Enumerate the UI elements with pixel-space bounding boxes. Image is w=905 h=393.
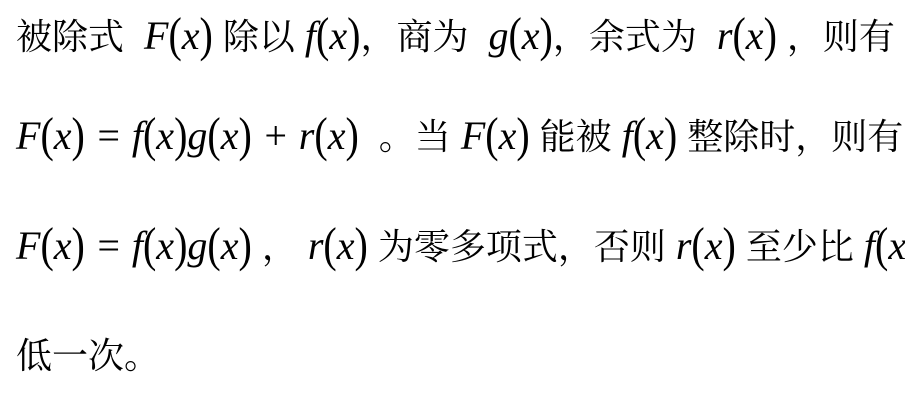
stretched-paren-glyph: (	[168, 1, 181, 69]
stretched-paren-glyph: )	[72, 211, 85, 279]
stretched-paren-glyph: )	[238, 101, 251, 169]
cjk-text-run: ，余式为	[553, 16, 717, 57]
stretched-paren-glyph: )	[345, 101, 358, 169]
math-expression: f(x)	[622, 113, 678, 158]
stretched-paren-glyph: )	[200, 1, 213, 69]
cjk-text-run: 除以	[213, 16, 305, 57]
math-expression: F(x) = f(x)g(x) + r(x)	[16, 113, 359, 158]
stretched-paren-glyph: (	[143, 211, 156, 279]
cjk-text-run: ，则有	[777, 16, 895, 57]
math-expression: r(x)	[676, 223, 736, 268]
stretched-paren-glyph: (	[323, 211, 336, 279]
stretched-paren-glyph: (	[314, 101, 327, 169]
cjk-text-run: 至少比	[736, 226, 864, 267]
cjk-text-run: 整除时，则有：	[677, 116, 905, 157]
stretched-paren-glyph: )	[664, 101, 677, 169]
stretched-paren-glyph: (	[875, 211, 888, 279]
cjk-text-run: 能被	[530, 116, 622, 157]
stretched-paren-glyph: )	[723, 211, 736, 279]
stretched-paren-glyph: (	[143, 101, 156, 169]
stretched-paren-glyph: )	[355, 211, 368, 279]
stretched-paren-glyph: (	[40, 101, 53, 169]
stretched-paren-glyph: (	[508, 1, 521, 69]
stretched-paren-glyph: (	[316, 1, 329, 69]
stretched-paren-glyph: )	[174, 101, 187, 169]
stretched-paren-glyph: )	[764, 1, 777, 69]
text-line-4: 低一次。	[16, 328, 160, 384]
math-expression: r(x)	[308, 223, 368, 268]
cjk-text-run: 。当	[359, 116, 461, 157]
stretched-paren-glyph: (	[732, 1, 745, 69]
stretched-paren-glyph: (	[207, 101, 220, 169]
stretched-paren-glyph: (	[207, 211, 220, 279]
stretched-paren-glyph: )	[238, 211, 251, 279]
stretched-paren-glyph: )	[72, 101, 85, 169]
math-expression: F(x) = f(x)g(x)	[16, 223, 252, 268]
stretched-paren-glyph: (	[633, 101, 646, 169]
stretched-paren-glyph: )	[174, 211, 187, 279]
math-expression: F(x)	[461, 113, 530, 158]
cjk-text-run: 低一次。	[16, 335, 160, 376]
cjk-text-run: ，商为	[360, 16, 488, 57]
stretched-paren-glyph: )	[516, 101, 529, 169]
document-page: 被除式 F(x) 除以 f(x)，商为 g(x)，余式为 r(x) ，则有 F(…	[0, 0, 905, 393]
cjk-text-run: ，	[252, 226, 308, 267]
text-line-2: F(x) = f(x)g(x) + r(x) 。当 F(x) 能被 f(x) 整…	[16, 108, 905, 164]
math-expression: F(x)	[144, 13, 213, 58]
math-expression: g(x)	[488, 13, 552, 58]
math-expression: f(x)	[305, 13, 361, 58]
stretched-paren-glyph: (	[691, 211, 704, 279]
cjk-text-run: 被除式	[16, 16, 144, 57]
text-line-1: 被除式 F(x) 除以 f(x)，商为 g(x)，余式为 r(x) ，则有	[16, 8, 895, 64]
stretched-paren-glyph: (	[485, 101, 498, 169]
math-expression: r(x)	[717, 13, 777, 58]
cjk-text-run: 为零多项式，否则	[368, 226, 676, 267]
stretched-paren-glyph: )	[540, 1, 553, 69]
stretched-paren-glyph: (	[40, 211, 53, 279]
math-expression: f(x)	[864, 223, 905, 268]
stretched-paren-glyph: )	[347, 1, 360, 69]
text-line-3: F(x) = f(x)g(x) ， r(x) 为零多项式，否则 r(x) 至少比…	[16, 218, 905, 274]
